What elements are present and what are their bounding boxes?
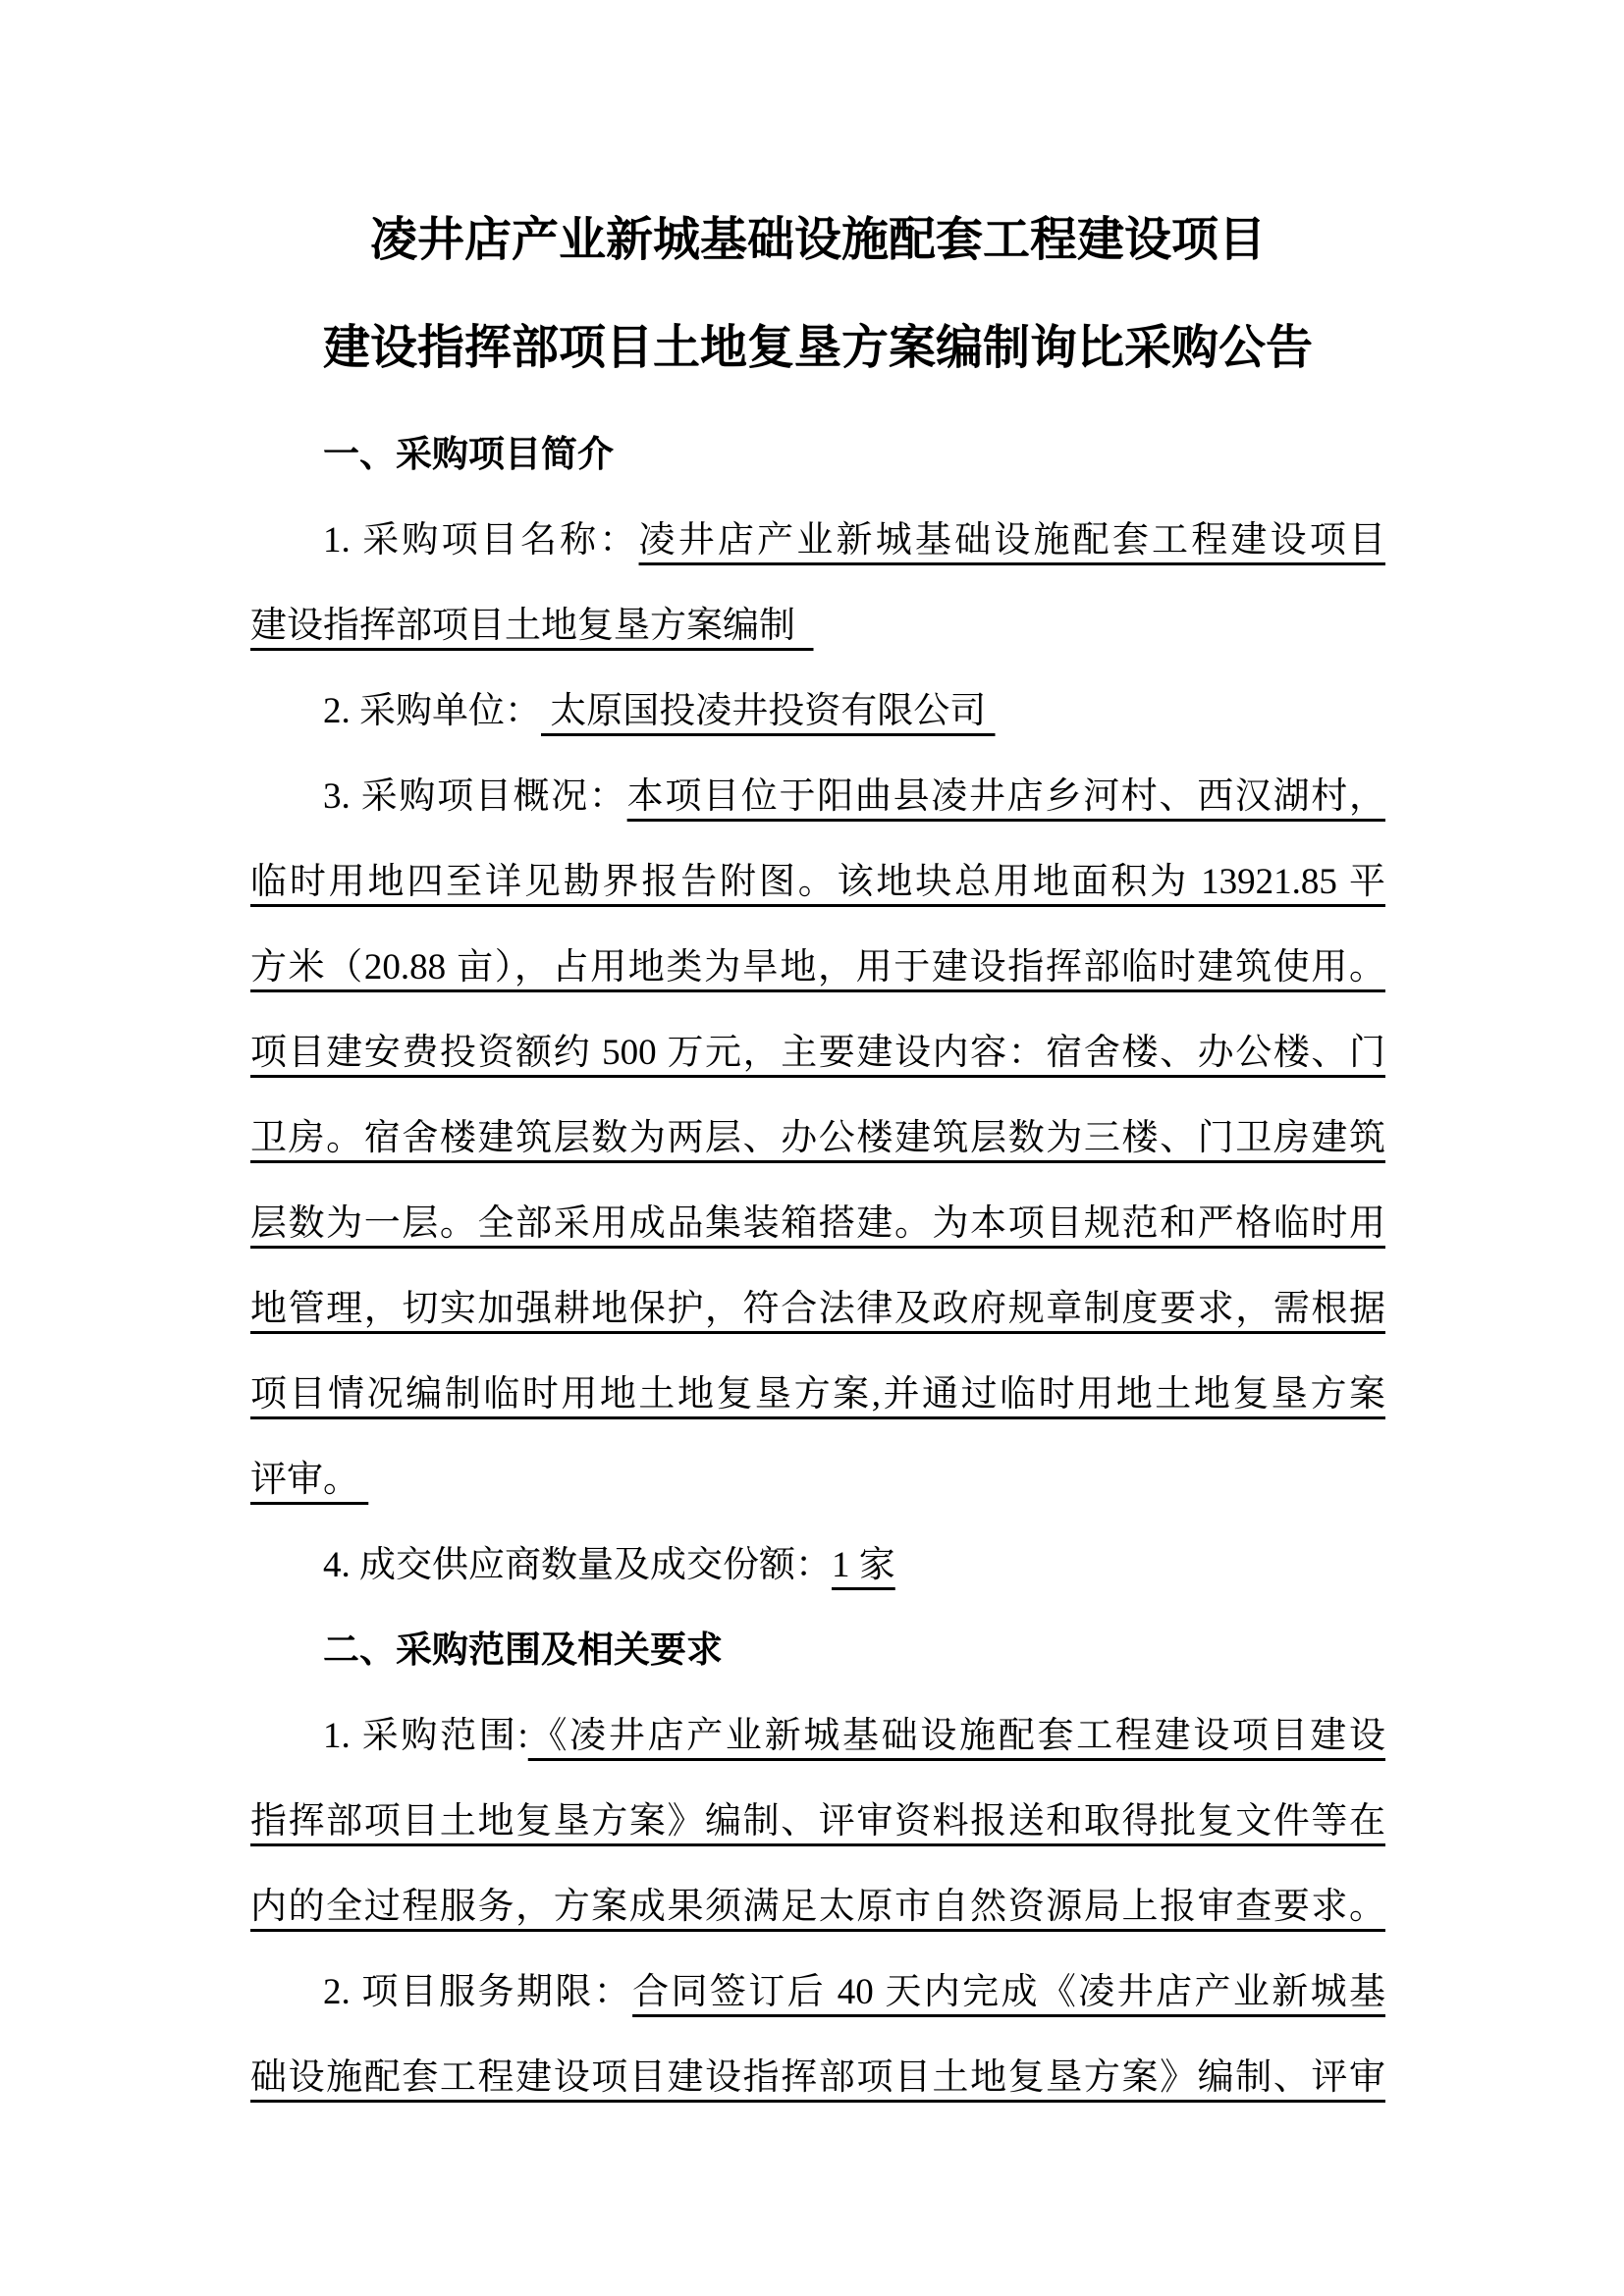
plain-text: 3. 采购项目概况： [323, 776, 627, 817]
text-line-5: 3. 采购项目概况：本项目位于阳曲县凌井店乡河村、西汉湖村， [250, 754, 1385, 839]
text-line-2: 1. 采购项目名称：凌井店产业新城基础设施配套工程建设项目 [250, 498, 1385, 583]
underlined-text: 项目情况编制临时用地土地复垦方案,并通过临时用地土地复垦方案 [250, 1374, 1385, 1415]
text-line-16: 1. 采购范围:《凌井店产业新城基础设施配套工程建设项目建设 [250, 1693, 1385, 1779]
plain-text: 1. 采购范围: [323, 1716, 528, 1756]
underlined-text: 层数为一层。全部采用成品集装箱搭建。为本项目规范和严格临时用 [250, 1203, 1385, 1244]
text-line-10: 层数为一层。全部采用成品集装箱搭建。为本项目规范和严格临时用 [250, 1181, 1385, 1266]
text-line-18: 内的全过程服务，方案成果须满足太原市自然资源局上报审查要求。 [250, 1864, 1385, 1949]
plain-text: 二、采购范围及相关要求 [323, 1630, 723, 1671]
underlined-text: 临时用地四至详见勘界报告附图。该地块总用地面积为 13921.85 平 [250, 862, 1385, 902]
plain-text: 4. 成交供应商数量及成交份额： [323, 1545, 832, 1585]
title-line-1: 凌井店产业新城基础设施配套工程建设项目 [250, 187, 1385, 294]
underlined-text: 《凌井店产业新城基础设施配套工程建设项目建设 [528, 1716, 1385, 1756]
plain-text: 2. 项目服务期限： [323, 1972, 632, 2012]
document-title: 凌井店产业新城基础设施配套工程建设项目 建设指挥部项目土地复垦方案编制询比采购公… [250, 187, 1385, 402]
underlined-text: 凌井店产业新城基础设施配套工程建设项目 [639, 520, 1385, 561]
underlined-text: 项目建安费投资额约 500 万元，主要建设内容：宿舍楼、办公楼、门 [250, 1033, 1385, 1073]
text-line-11: 地管理，切实加强耕地保护，符合法律及政府规章制度要求，需根据 [250, 1266, 1385, 1352]
underlined-text: 方米（20.88 亩），占用地类为旱地，用于建设指挥部临时建筑使用。 [250, 947, 1385, 988]
underlined-text: 础设施配套工程建设项目建设指挥部项目土地复垦方案》编制、评审 [250, 2057, 1385, 2098]
document-content: 凌井店产业新城基础设施配套工程建设项目 建设指挥部项目土地复垦方案编制询比采购公… [250, 187, 1385, 2120]
underlined-text: 指挥部项目土地复垦方案》编制、评审资料报送和取得批复文件等在 [250, 1801, 1385, 1842]
text-line-14: 4. 成交供应商数量及成交份额：1 家 [250, 1522, 1385, 1608]
title-line-2: 建设指挥部项目土地复垦方案编制询比采购公告 [250, 294, 1385, 402]
underlined-text: 本项目位于阳曲县凌井店乡河村、西汉湖村， [627, 776, 1385, 817]
underlined-text: 内的全过程服务，方案成果须满足太原市自然资源局上报审查要求。 [250, 1887, 1385, 1927]
text-line-15: 二、采购范围及相关要求 [250, 1608, 1385, 1693]
plain-text: 2. 采购单位： [323, 691, 541, 731]
text-line-1: 一、采购项目简介 [250, 412, 1385, 498]
underlined-text: 太原国投凌井投资有限公司 [541, 691, 996, 731]
underlined-text: 评审。 [250, 1460, 368, 1500]
plain-text: 1. 采购项目名称： [323, 520, 639, 561]
text-line-13: 评审。 [250, 1437, 1385, 1522]
text-line-7: 方米（20.88 亩），占用地类为旱地，用于建设指挥部临时建筑使用。 [250, 925, 1385, 1010]
text-line-4: 2. 采购单位： 太原国投凌井投资有限公司 [250, 668, 1385, 754]
document-page: 凌井店产业新城基础设施配套工程建设项目 建设指挥部项目土地复垦方案编制询比采购公… [0, 0, 1624, 2296]
text-line-20: 础设施配套工程建设项目建设指挥部项目土地复垦方案》编制、评审 [250, 2035, 1385, 2120]
text-line-6: 临时用地四至详见勘界报告附图。该地块总用地面积为 13921.85 平 [250, 839, 1385, 925]
text-line-3: 建设指挥部项目土地复垦方案编制 [250, 583, 1385, 668]
text-line-8: 项目建安费投资额约 500 万元，主要建设内容：宿舍楼、办公楼、门 [250, 1010, 1385, 1095]
underlined-text: 1 家 [832, 1545, 895, 1585]
text-line-19: 2. 项目服务期限：合同签订后 40 天内完成《凌井店产业新城基 [250, 1949, 1385, 2035]
text-line-9: 卫房。宿舍楼建筑层数为两层、办公楼建筑层数为三楼、门卫房建筑 [250, 1095, 1385, 1181]
plain-text: 一、采购项目简介 [323, 435, 614, 475]
text-line-17: 指挥部项目土地复垦方案》编制、评审资料报送和取得批复文件等在 [250, 1779, 1385, 1864]
text-line-12: 项目情况编制临时用地土地复垦方案,并通过临时用地土地复垦方案 [250, 1352, 1385, 1437]
underlined-text: 合同签订后 40 天内完成《凌井店产业新城基 [632, 1972, 1385, 2012]
underlined-text: 卫房。宿舍楼建筑层数为两层、办公楼建筑层数为三楼、门卫房建筑 [250, 1118, 1385, 1158]
document-body: 一、采购项目简介1. 采购项目名称：凌井店产业新城基础设施配套工程建设项目建设指… [250, 412, 1385, 2120]
underlined-text: 地管理，切实加强耕地保护，符合法律及政府规章制度要求，需根据 [250, 1289, 1385, 1329]
underlined-text: 建设指挥部项目土地复垦方案编制 [250, 606, 814, 646]
